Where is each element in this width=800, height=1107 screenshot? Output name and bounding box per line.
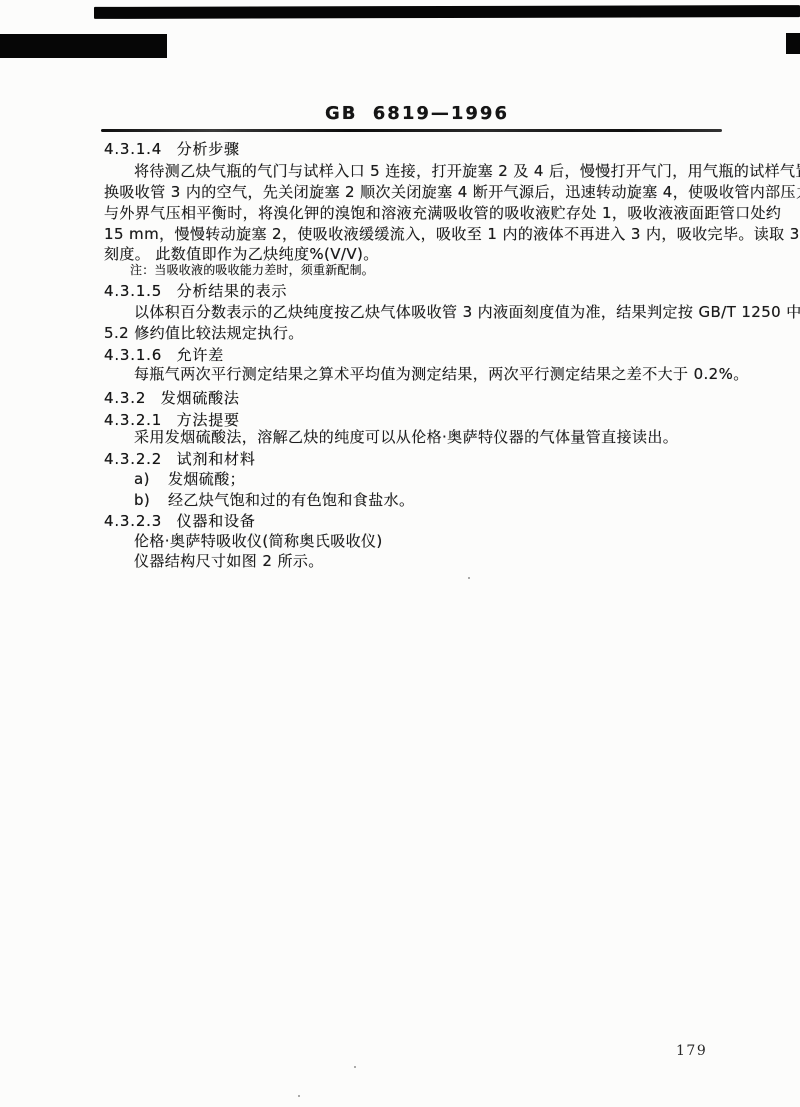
- header-rule: [101, 129, 722, 132]
- list-item-text: 发烟硫酸；: [168, 470, 245, 488]
- list-item-label: a): [134, 469, 168, 489]
- paragraph-line: 换吸收管 3 内的空气，先关闭旋塞 2 顺次关闭旋塞 4 断开气源后，迅速转动旋…: [104, 182, 722, 202]
- section-heading-4-3-1-6: 4.3.1.6 允许差: [104, 345, 722, 365]
- standard-code-header: GB 6819—1996: [0, 103, 800, 124]
- paragraph-line: 与外界气压相平衡时，将溴化钾的溴饱和溶液充满吸收管的吸收液贮存处 1，吸收液液面…: [104, 203, 722, 223]
- section-heading-4-3-2-2: 4.3.2.2 试剂和材料: [104, 449, 722, 469]
- paragraph-line: 5.2 修约值比较法规定执行。: [104, 323, 722, 343]
- paragraph-line: 刻度。 此数值即作为乙炔纯度%(V/V)。: [104, 244, 722, 264]
- scanned-standard-page: GB 6819—1996 4.3.1.4 分析步骤 将待测乙炔气瓶的气门与试样入…: [0, 0, 800, 1107]
- scan-speck: [468, 577, 470, 579]
- paragraph-line: 采用发烟硫酸法，溶解乙炔的纯度可以从伦格·奥萨特仪器的气体量管直接读出。: [104, 427, 722, 447]
- section-heading-4-3-2: 4.3.2 发烟硫酸法: [104, 388, 722, 408]
- scan-artifact-right-nub: [786, 33, 800, 54]
- scan-artifact-top-bar: [94, 5, 800, 19]
- list-item-a: a)发烟硫酸；: [104, 469, 752, 489]
- list-item-b: b)经乙炔气饱和过的有色饱和食盐水。: [104, 490, 752, 510]
- paragraph-line: 以体积百分数表示的乙炔纯度按乙炔气体吸收管 3 内液面刻度值为准，结果判定按 G…: [104, 302, 722, 322]
- list-item-label: b): [134, 490, 168, 510]
- section-heading-4-3-2-3: 4.3.2.3 仪器和设备: [104, 511, 722, 531]
- paragraph-line: 仪器结构尺寸如图 2 所示。: [104, 551, 752, 571]
- section-heading-4-3-1-4: 4.3.1.4 分析步骤: [104, 139, 722, 159]
- section-heading-4-3-1-5: 4.3.1.5 分析结果的表示: [104, 281, 722, 301]
- scan-speck: [298, 1095, 300, 1097]
- paragraph-line: 每瓶气两次平行测定结果之算术平均值为测定结果，两次平行测定结果之差不大于 0.2…: [104, 364, 722, 384]
- scan-artifact-left-block: [0, 34, 167, 58]
- list-item-text: 经乙炔气饱和过的有色饱和食盐水。: [168, 491, 414, 509]
- paragraph-line: 将待测乙炔气瓶的气门与试样入口 5 连接，打开旋塞 2 及 4 后，慢慢打开气门…: [104, 161, 722, 181]
- page-number: 179: [676, 1043, 707, 1059]
- paragraph-line: 伦格·奥萨特吸收仪(简称奥氏吸收仪): [104, 531, 752, 551]
- note-line: 注：当吸收液的吸收能力差时，须重新配制。: [104, 263, 748, 278]
- scan-speck: [354, 1066, 356, 1068]
- paragraph-line: 15 mm，慢慢转动旋塞 2，使吸收液缓缓流入，吸收至 1 内的液体不再进入 3…: [104, 224, 722, 244]
